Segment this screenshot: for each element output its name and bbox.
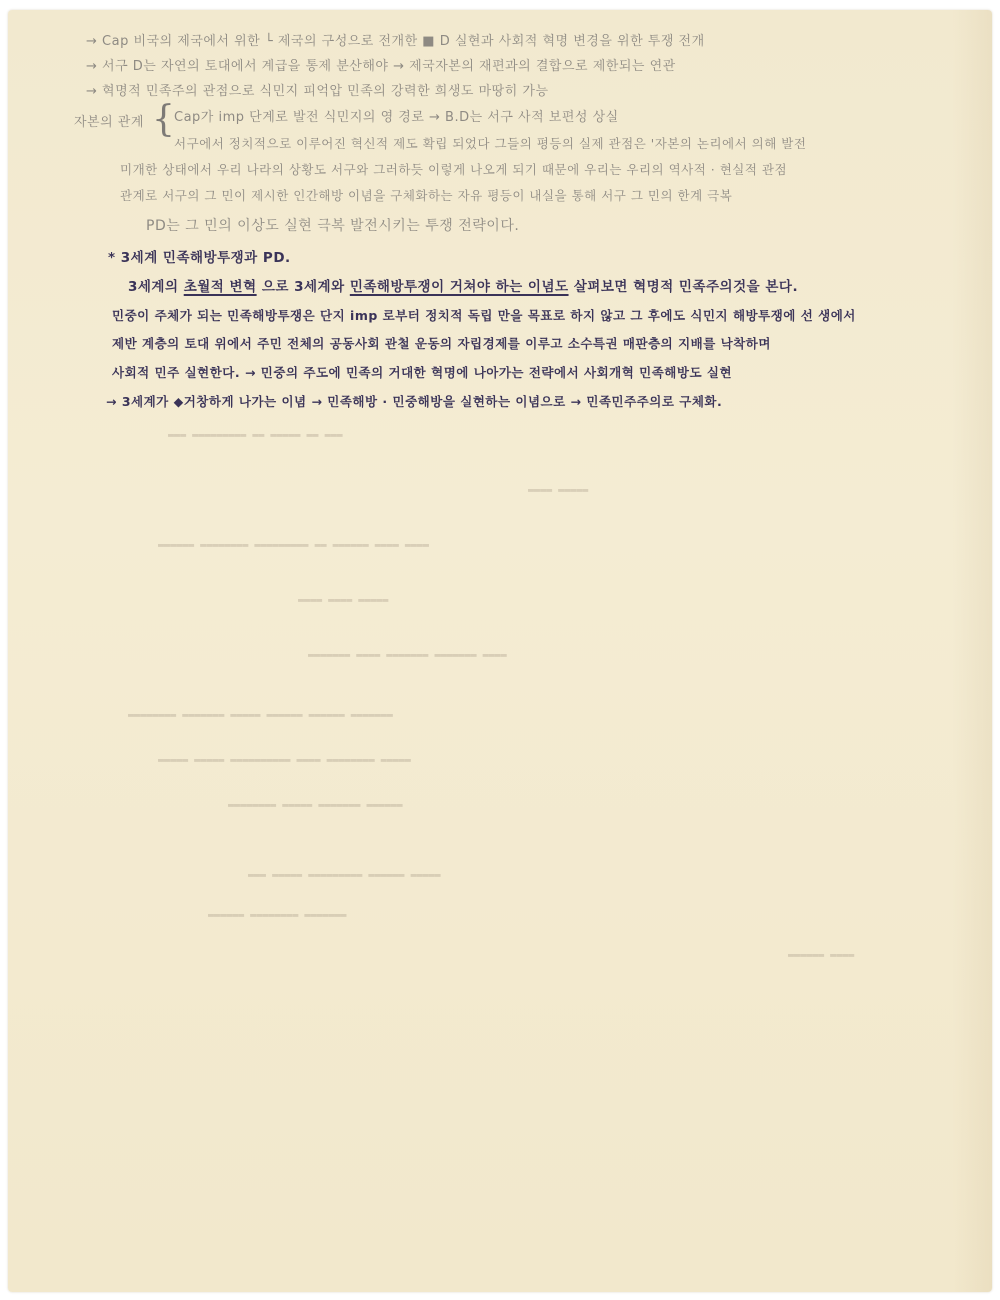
pencil-continuation-2: 관계로 서구의 그 민이 제시한 인간해방 이념을 구체화하는 자유 평등이 내…: [120, 186, 732, 204]
bleed-through-text: ▬▬▬▬▬ ▬▬▬▬▬▬▬▬ ▬▬▬▬ ▬▬▬▬▬▬▬▬▬▬ ▬▬▬▬▬ ▬▬▬…: [158, 755, 411, 766]
bleed-through-text: ▬▬▬▬ ▬▬▬▬▬▬: [788, 950, 854, 961]
bleed-through-text: ▬▬▬▬▬ ▬▬▬▬▬▬ ▬▬▬▬▬▬▬▬▬ ▬▬▬▬▬ ▬▬▬: [248, 870, 441, 881]
bleed-through-text: ▬▬▬▬ ▬▬▬▬ ▬▬▬▬▬▬ ▬▬ ▬▬▬▬▬▬▬▬▬ ▬▬▬▬▬▬▬▬ ▬…: [158, 540, 429, 551]
brace-label: 자본의 관계: [74, 111, 144, 130]
underlined-phrase: 민족해방투쟁이 거쳐야 하는 이념도: [350, 279, 569, 295]
curly-brace-icon: {: [152, 102, 175, 138]
pencil-note-line-2: → 서구 D는 자연의 토대에서 계급을 통제 분산해야 → 제국자본의 재편과…: [86, 55, 676, 74]
brace-item-1: Cap가 imp 단계로 발전 식민지의 영 경로 → B.D는 서구 사적 보…: [174, 106, 619, 125]
paragraph-line-5: → 3세계가 ◆거창하게 나가는 이념 → 민족해방 · 민중해방을 실현하는 …: [106, 392, 722, 410]
bleed-through-text: ▬▬▬▬ ▬▬▬▬▬▬▬ ▬▬▬▬▬▬▬ ▬▬▬▬ ▬▬▬▬▬▬▬: [308, 650, 507, 661]
bleed-through-text: ▬▬▬▬▬▬▬ ▬▬▬▬▬▬▬▬ ▬▬▬▬▬▬: [208, 910, 346, 921]
segment: 3세계의: [128, 279, 184, 295]
section-heading: * 3세계 민족해방투쟁과 PD.: [108, 246, 291, 266]
manuscript-page: ▬▬▬ ▬▬ ▬▬▬▬▬ ▬▬ ▬▬▬▬▬▬▬▬▬ ▬▬▬ ▬▬▬▬▬ ▬▬▬▬…: [8, 10, 992, 1292]
segment: 으로 3세계와: [257, 279, 350, 295]
pencil-note-line-3: → 혁명적 민족주의 관점으로 식민지 피억압 민족의 강력한 희생도 마땅히 …: [86, 80, 549, 99]
segment: 살펴보면 혁명적 민족주의것을 본다.: [569, 279, 799, 295]
paragraph-line-2: 민중이 주체가 되는 민족해방투쟁은 단지 imp 로부터 정치적 독립 만을 …: [112, 306, 856, 324]
bleed-through-text: ▬▬▬▬▬ ▬▬▬▬ ▬▬▬▬: [298, 595, 388, 606]
bleed-through-text: ▬▬▬▬▬▬▬ ▬▬▬▬▬▬ ▬▬▬▬▬▬ ▬▬▬▬▬ ▬▬▬▬▬▬▬ ▬▬▬▬…: [128, 710, 393, 721]
paragraph-line-4: 사회적 민주 실현한다. → 민중의 주도에 민족의 거대한 혁명에 나아가는 …: [112, 363, 732, 381]
paragraph-line-1: 3세계의 초월적 변혁 으로 3세계와 민족해방투쟁이 거쳐야 하는 이념도 살…: [128, 275, 798, 295]
bleed-through-text: ▬▬▬ ▬▬ ▬▬▬▬▬ ▬▬ ▬▬▬▬▬▬▬▬▬ ▬▬▬: [168, 430, 343, 441]
pencil-closing: PD는 그 민의 이상도 실현 극복 발전시키는 투쟁 전략이다.: [146, 215, 519, 235]
pencil-note-line-1: → Cap 비국의 제국에서 위한 └ 제국의 구성으로 전개한 ■ D 실현과…: [86, 30, 705, 49]
brace-item-2: 서구에서 정치적으로 이루어진 혁신적 제도 확립 되었다 그들의 평등의 실제…: [174, 134, 806, 152]
pencil-continuation-1: 미개한 상태에서 우리 나라의 상황도 서구와 그러하듯 이렇게 나오게 되기 …: [120, 160, 787, 178]
paragraph-line-3: 제반 계층의 토대 위에서 주민 전체의 공동사회 관철 운동의 자립경제를 이…: [112, 334, 771, 352]
bleed-through-text: ▬▬▬▬▬▬ ▬▬▬▬▬▬▬ ▬▬▬▬▬ ▬▬▬▬▬▬▬▬: [228, 800, 403, 811]
bleed-through-text: ▬▬▬▬▬ ▬▬▬▬: [528, 485, 588, 496]
underlined-phrase: 초월적 변혁: [184, 279, 257, 295]
